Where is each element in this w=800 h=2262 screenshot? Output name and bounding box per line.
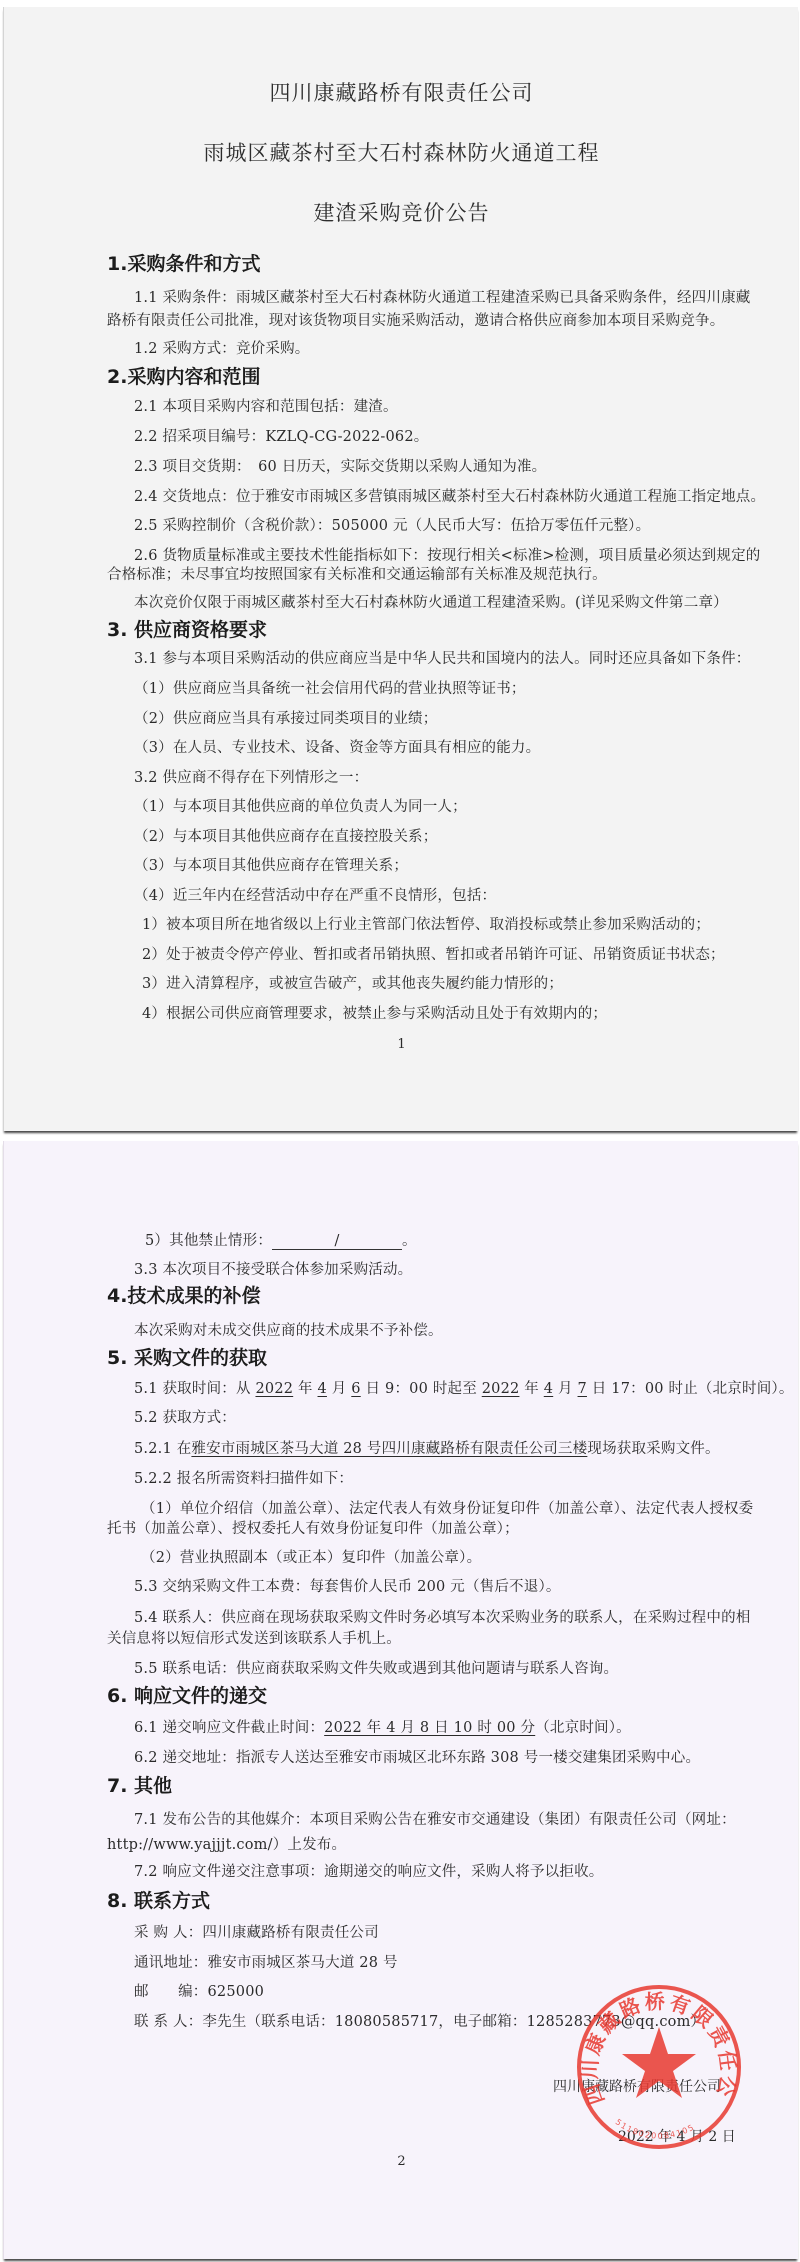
submission-deadline: 2022 年 4 月 8 日 10 时 00 分 xyxy=(324,1720,535,1736)
end-month: 4 xyxy=(544,1381,553,1397)
section-7-heading: 7. 其他 xyxy=(107,1771,172,1798)
para-1-1-line2: 路桥有限责任公司批准，现对该货物项目实施采购活动，邀请合格供应商参加本项目采购竞… xyxy=(107,309,724,330)
para-5-4-line1: 5.4 联系人：供应商在现场获取采购文件时务必填写本次采购业务的联系人，在采购过… xyxy=(134,1606,750,1627)
requirement-1-line2: 托书（加盖公章）、授权委托人有效身份证复印件（加盖公章）； xyxy=(107,1517,519,1538)
text: 5.1 获取时间：从 xyxy=(134,1381,255,1397)
sub-exclusion-1: 1）被本项目所在地省级以上行业主管部门依法暂停、取消投标或禁止参加采购活动的； xyxy=(142,913,710,934)
para-5-2-2: 5.2.2 报名所需资料扫描件如下： xyxy=(134,1467,353,1488)
contact-purchaser: 采 购 人：四川康藏路桥有限责任公司 xyxy=(134,1921,379,1942)
end-day: 7 xyxy=(578,1381,587,1397)
seal-code: 5118020084105 xyxy=(614,2117,697,2140)
para-3-3: 3.3 本次项目不接受联合体参加采购活动。 xyxy=(134,1258,412,1279)
page-number-2: 2 xyxy=(4,2154,799,2169)
para-3-2: 3.2 供应商不得存在下列情形之一： xyxy=(134,766,368,787)
blank-field: / xyxy=(272,1233,402,1250)
start-month: 4 xyxy=(318,1381,327,1397)
para-2-5: 2.5 采购控制价（含税价款）：505000 元（人民币大写：伍拾万零伍仟元整）… xyxy=(134,514,650,535)
pickup-address: 雅安市雨城区茶马大道 28 号四川康藏路桥有限责任公司三楼 xyxy=(191,1441,587,1457)
para-5-2-1: 5.2.1 在雅安市雨城区茶马大道 28 号四川康藏路桥有限责任公司三楼现场获取… xyxy=(134,1437,720,1458)
condition-1: （1）供应商应当具备统一社会信用代码的营业执照等证书； xyxy=(134,677,526,698)
start-year: 2022 xyxy=(255,1381,293,1397)
company-seal-icon: 四川康藏路桥有限责任公司 5118020084105 xyxy=(575,1983,743,2151)
sub-exclusion-5: 5）其他禁止情形：/。 xyxy=(145,1229,417,1250)
exclusion-2: （2）与本项目其他供应商存在直接控股关系； xyxy=(134,825,437,846)
para-2-scope-note: 本次竞价仅限于雨城区藏茶村至大石村森林防火通道工程建渣采购。(详见采购文件第二章… xyxy=(134,591,728,612)
text: 5.2.1 在 xyxy=(134,1441,191,1457)
section-3-heading: 3. 供应商资格要求 xyxy=(107,615,267,642)
para-4: 本次采购对未成交供应商的技术成果不予补偿。 xyxy=(134,1319,443,1340)
text: 月 xyxy=(553,1381,577,1397)
text: 年 xyxy=(293,1381,317,1397)
sub-exclusion-5-label: 5）其他禁止情形： xyxy=(145,1233,272,1249)
svg-text:5118020084105: 5118020084105 xyxy=(614,2117,697,2140)
doc-title-notice: 建渣采购竞价公告 xyxy=(4,197,799,227)
para-7-1-line2: http://www.yajjjt.com/）上发布。 xyxy=(107,1833,346,1854)
section-1-heading: 1.采购条件和方式 xyxy=(107,249,260,276)
para-2-1: 2.1 本项目采购内容和范围包括：建渣。 xyxy=(134,395,398,416)
doc-title-company: 四川康藏路桥有限责任公司 xyxy=(4,77,799,107)
section-6-heading: 6. 响应文件的递交 xyxy=(107,1681,267,1708)
condition-2: （2）供应商应当具有承接过同类项目的业绩； xyxy=(134,707,437,728)
para-2-3: 2.3 项目交货期： 60 日历天，实际交货期以采购人通知为准。 xyxy=(134,455,546,476)
end-year: 2022 xyxy=(482,1381,520,1397)
para-2-6-line2: 合格标准；未尽事宜均按照国家有关标准和交通运输部有关标准及规范执行。 xyxy=(107,563,607,584)
text: 月 xyxy=(327,1381,351,1397)
exclusion-4: （4）近三年内在经营活动中存在严重不良情形，包括： xyxy=(134,884,496,905)
para-5-3: 5.3 交纳采购文件工本费：每套售价人民币 200 元（售后不退）。 xyxy=(134,1575,561,1596)
para-2-4: 2.4 交货地点：位于雅安市雨城区多营镇雨城区藏茶村至大石村森林防火通道工程施工… xyxy=(134,485,765,506)
para-6-2: 6.2 递交地址：指派专人送达至雅安市雨城区北环东路 308 号一楼交建集团采购… xyxy=(134,1746,700,1767)
condition-3: （3）在人员、专业技术、设备、资金等方面具有相应的能力。 xyxy=(134,736,540,757)
text: 6.1 递交响应文件截止时间： xyxy=(134,1720,324,1736)
contact-postcode: 邮 编：625000 xyxy=(134,1980,264,2001)
text: 现场获取采购文件。 xyxy=(587,1441,719,1457)
start-day: 6 xyxy=(351,1381,360,1397)
sub-exclusion-3: 3）进入清算程序，或被宣告破产，或其他丧失履约能力情形的； xyxy=(142,972,563,993)
contact-address: 通讯地址：雅安市雨城区茶马大道 28 号 xyxy=(134,1951,398,1972)
text: 年 xyxy=(519,1381,543,1397)
para-1-2: 1.2 采购方式：竞价采购。 xyxy=(134,337,309,358)
section-5-heading: 5. 采购文件的获取 xyxy=(107,1343,267,1370)
para-5-1: 5.1 获取时间：从 2022 年 4 月 6 日 9：00 时起至 2022 … xyxy=(134,1377,794,1398)
para-7-1-line1: 7.1 发布公告的其他媒介：本项目采购公告在雅安市交通建设（集团）有限责任公司（… xyxy=(134,1808,736,1829)
requirement-1-line1: （1）单位介绍信（加盖公章）、法定代表人有效身份证复印件（加盖公章）、法定代表人… xyxy=(141,1497,753,1518)
exclusion-1: （1）与本项目其他供应商的单位负责人为同一人； xyxy=(134,795,467,816)
para-2-2: 2.2 招采项目编号：KZLQ-CG-2022-062。 xyxy=(134,425,428,446)
section-8-heading: 8. 联系方式 xyxy=(107,1886,210,1913)
requirement-2: （2）营业执照副本（或正本）复印件（加盖公章）。 xyxy=(141,1546,481,1567)
exclusion-3: （3）与本项目其他供应商存在管理关系； xyxy=(134,854,408,875)
sub-exclusion-2: 2）处于被责令停产停业、暂扣或者吊销执照、暂扣或者吊销许可证、吊销资质证书状态； xyxy=(142,943,725,964)
para-3-1: 3.1 参与本项目采购活动的供应商应当是中华人民共和国境内的法人。同时还应具备如… xyxy=(134,647,750,668)
para-5-4-line2: 关信息将以短信形式发送到该联系人手机上。 xyxy=(107,1627,401,1648)
para-1-1-line1: 1.1 采购条件：雨城区藏茶村至大石村森林防火通道工程建渣采购已具备采购条件，经… xyxy=(134,286,750,307)
doc-title-project: 雨城区藏茶村至大石村森林防火通道工程 xyxy=(4,137,799,167)
para-7-2: 7.2 响应文件递交注意事项：逾期递交的响应文件，采购人将予以拒收。 xyxy=(134,1860,603,1881)
text: 日 9：00 时起至 xyxy=(361,1381,482,1397)
page-number-1: 1 xyxy=(4,1037,799,1052)
para-5-5: 5.5 联系电话：供应商获取采购文件失败或遇到其他问题请与联系人咨询。 xyxy=(134,1657,618,1678)
text: 日 17：00 时止（北京时间）。 xyxy=(587,1381,794,1397)
para-2-6-line1: 2.6 货物质量标准或主要技术性能指标如下：按现行相关<标准>检测，项目质量必须… xyxy=(134,544,760,565)
para-5-2: 5.2 获取方式： xyxy=(134,1406,236,1427)
text: （北京时间）。 xyxy=(535,1720,631,1736)
sub-exclusion-5-end: 。 xyxy=(402,1233,417,1249)
section-4-heading: 4.技术成果的补偿 xyxy=(107,1281,260,1308)
document-page-1: 四川康藏路桥有限责任公司 雨城区藏茶村至大石村森林防火通道工程 建渣采购竞价公告… xyxy=(3,7,798,1131)
sub-exclusion-4: 4）根据公司供应商管理要求，被禁止参与采购活动且处于有效期内的； xyxy=(142,1002,607,1023)
para-6-1: 6.1 递交响应文件截止时间：2022 年 4 月 8 日 10 时 00 分（… xyxy=(134,1716,631,1737)
section-2-heading: 2.采购内容和范围 xyxy=(107,362,260,389)
